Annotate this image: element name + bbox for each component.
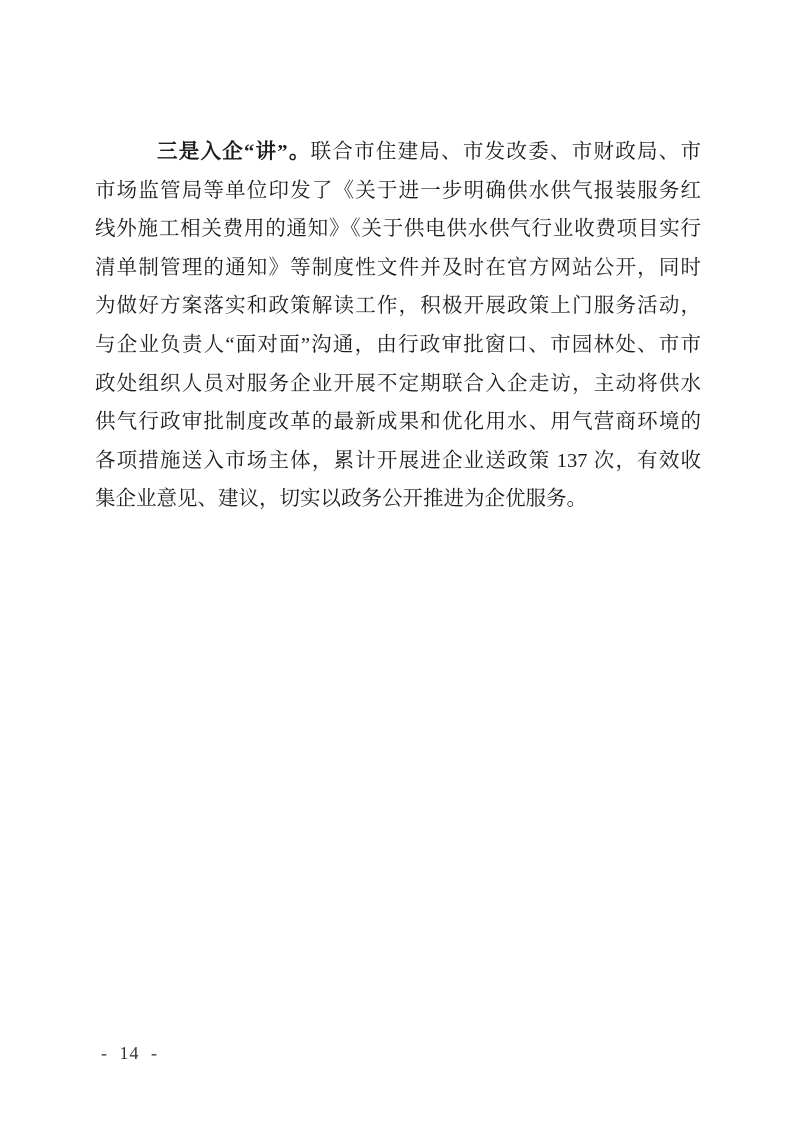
paragraph-line: 各项措施送入市场主体，累计开展进企业送政策 137 次，有效收	[95, 442, 701, 481]
paragraph-text: 线外施工相关费用的通知》《关于供电供水供气行业收费项目实行	[95, 218, 701, 240]
body-paragraph: 三是入企“讲”。联合市住建局、市发改委、市财政局、市市场监管局等单位印发了《关于…	[95, 133, 701, 519]
paragraph-text: 市场监管局等单位印发了《关于进一步明确供水供气报装服务红	[95, 180, 701, 202]
paragraph-line: 集企业意见、建议，切实以政务公开推进为企优服务。	[95, 480, 701, 519]
paragraph-lead-bold: 三是入企“讲”。	[157, 141, 311, 163]
paragraph-text: 与企业负责人“面对面”沟通，由行政审批窗口、市园林处、市市	[95, 334, 701, 356]
paragraph-line: 三是入企“讲”。联合市住建局、市发改委、市财政局、市	[95, 133, 701, 172]
paragraph-text: 供气行政审批制度改革的最新成果和优化用水、用气营商环境的	[95, 411, 701, 433]
page-number: - 14 -	[101, 1042, 158, 1064]
document-page: 三是入企“讲”。联合市住建局、市发改委、市财政局、市市场监管局等单位印发了《关于…	[0, 0, 794, 1122]
paragraph-line: 与企业负责人“面对面”沟通，由行政审批窗口、市园林处、市市	[95, 326, 701, 365]
paragraph-line: 政处组织人员对服务企业开展不定期联合入企走访，主动将供水	[95, 365, 701, 404]
paragraph-text: 集企业意见、建议，切实以政务公开推进为企优服务。	[95, 488, 587, 510]
paragraph-line: 清单制管理的通知》等制度性文件并及时在官方网站公开，同时	[95, 249, 701, 288]
paragraph-line: 市场监管局等单位印发了《关于进一步明确供水供气报装服务红	[95, 172, 701, 211]
paragraph-line: 供气行政审批制度改革的最新成果和优化用水、用气营商环境的	[95, 403, 701, 442]
paragraph-text: 清单制管理的通知》等制度性文件并及时在官方网站公开，同时	[95, 257, 701, 279]
paragraph-text: 联合市住建局、市发改委、市财政局、市	[311, 141, 701, 163]
paragraph-line: 线外施工相关费用的通知》《关于供电供水供气行业收费项目实行	[95, 210, 701, 249]
paragraph-line: 为做好方案落实和政策解读工作，积极开展政策上门服务活动，	[95, 287, 701, 326]
paragraph-text: 各项措施送入市场主体，累计开展进企业送政策 137 次，有效收	[95, 450, 701, 472]
paragraph-text: 政处组织人员对服务企业开展不定期联合入企走访，主动将供水	[95, 373, 701, 395]
paragraph-text: 为做好方案落实和政策解读工作，积极开展政策上门服务活动，	[95, 295, 701, 317]
